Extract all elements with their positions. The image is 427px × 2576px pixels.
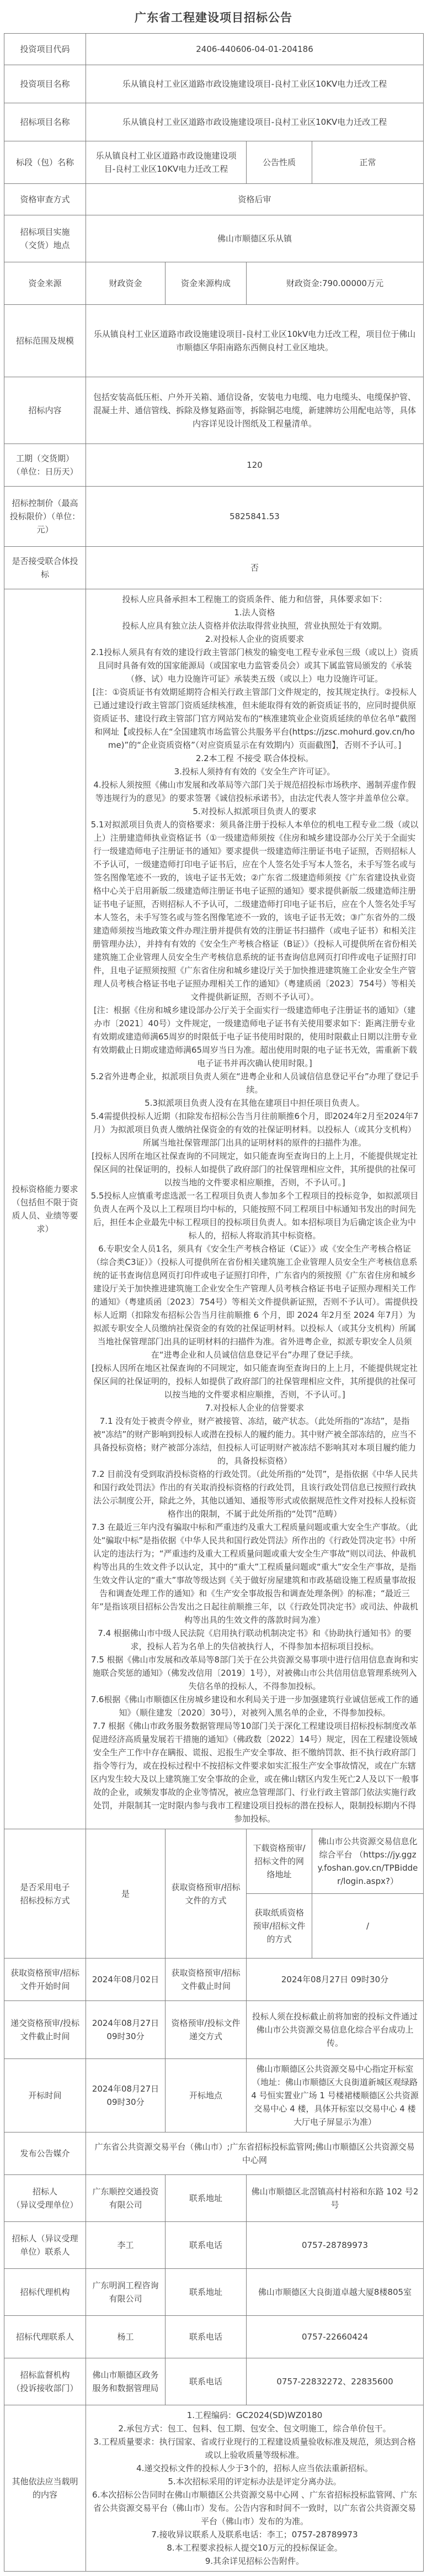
table-row: 招标项目实施 （交货）地点 佛山市顺德区乐从镇 xyxy=(4,215,424,262)
supervisor-phone-value: 0757-22832272、22835600 xyxy=(247,2358,424,2405)
tenderer-address-value: 佛山市顺德区北滘镇高村村裕和东路 102 号2号 xyxy=(247,2175,424,2222)
table-row: 工期（交货期） （单位：日历天） 120 xyxy=(4,444,424,487)
table-row: 是否接受联合体投标 否 xyxy=(4,547,424,589)
supervisor-label: 招标监督机构 （投诉接收部门） xyxy=(4,2358,86,2405)
media-label: 发布公告媒介 xyxy=(4,2132,86,2175)
location-label: 招标项目实施 （交货）地点 xyxy=(4,215,86,262)
table-row: 开标时间 2024年08月27日 09时30分 开标地点 佛山市顺德区公共资源交… xyxy=(4,2059,424,2132)
open-place-value: 佛山市顺德区公共资源交易中心指定开标室（地址：佛山市顺德区大良街道新城区观绿路 … xyxy=(247,2059,424,2132)
invest-name-label: 投资项目名称 xyxy=(4,65,86,103)
table-row: 是否采用电子 招标投标方式 是 获取资格预审/招标文件的方式 下载资格预审/招标… xyxy=(4,1829,424,1894)
media-value: 广东省公共资源交易平台（佛山市）;广东省招标投标监管网;佛山市顺德区公共资源交易… xyxy=(86,2132,424,2175)
control-price-value: 5825841.53 xyxy=(86,487,424,547)
consortium-value: 否 xyxy=(86,547,424,589)
table-row: 资金来源 财政资金 资金来源构成 财政资金:790.00000万元 xyxy=(4,262,424,305)
content-label: 招标内容 xyxy=(4,377,86,444)
duration-value: 120 xyxy=(86,444,424,487)
agency-value: 广东明润工程咨询有限公司 xyxy=(86,2269,166,2316)
tenderer-phone-value: 0757-28789973 xyxy=(247,2222,424,2269)
tender-announcement-table: 投资项目代码 2406-440606-04-01-204186 投资项目名称 乐… xyxy=(4,33,424,2572)
table-row: 招标内容 包括安装高低压柜、户外开关箱、通信设备，安装电力电缆、电力电缆头、电缆… xyxy=(4,377,424,444)
supervisor-phone-label: 联系电话 xyxy=(166,2358,247,2405)
table-row: 招标人（异议受理单位）联系人 李工 联系电话 0757-28789973 xyxy=(4,2222,424,2269)
table-row: 招标人 （异议受理单位） 广东顺控交通投资有限公司 联系地址 佛山市顺德区北滘镇… xyxy=(4,2175,424,2222)
qualification-method-label: 资格审查方式 xyxy=(4,184,86,215)
paper-method-value: / xyxy=(312,1894,424,1959)
table-row: 招标控制价（最高投标限价）（单位：元） 5825841.53 xyxy=(4,487,424,547)
agency-phone-label: 联系电话 xyxy=(166,2316,247,2358)
table-row: 招标代理联系人 杨工 联系电话 0757-22660424 xyxy=(4,2316,424,2358)
e-bidding-label: 是否采用电子 招标投标方式 xyxy=(4,1829,86,1959)
agency-label: 招标代理机构 xyxy=(4,2269,86,2316)
consortium-label: 是否接受联合体投标 xyxy=(4,547,86,589)
open-place-label: 开标地点 xyxy=(166,2059,247,2132)
scope-label: 招标范围及规模 xyxy=(4,305,86,377)
agency-address-value: 佛山市顺德区大良街道卓越大厦8楼805室 xyxy=(247,2269,424,2316)
page-title: 广东省工程建设项目招标公告 xyxy=(0,0,427,33)
funds-value: 财政资金 xyxy=(86,262,166,305)
tenderer-phone-label: 联系电话 xyxy=(166,2222,247,2269)
tenderer-contact-label: 招标人（异议受理单位）联系人 xyxy=(4,2222,86,2269)
content-value: 包括安装高低压柜、户外开关箱、通信设备，安装电力电缆、电力电缆头、电缆保护管、混… xyxy=(86,377,424,444)
supervisor-value: 佛山市顺德区政务服务和数据管理局 xyxy=(86,2358,166,2405)
notice-nature-value: 正常 xyxy=(312,141,424,184)
table-row: 其他依法应当载明 的内容 1.工程编码：GC2024(SD)WZ0180 2.承… xyxy=(4,2405,424,2572)
agency-contact-value: 杨工 xyxy=(86,2316,166,2358)
funds-label: 资金来源 xyxy=(4,262,86,305)
tenderer-address-label: 联系地址 xyxy=(166,2175,247,2222)
table-row: 招标项目名称 乐从镇良村工业区道路市政设施建设项目-良村工业区10KV电力迁改工… xyxy=(4,103,424,141)
submit-method-value: 投标人须在投标截止前将加密的投标文件通过佛山市公共资源交易信息化综合平台成功上传… xyxy=(247,2001,424,2059)
section-name-value: 乐从镇良村工业区道路市政设施建设项目-良村工业区10KV电力迁改工程 xyxy=(86,141,247,184)
table-row: 获取资格预审/招标文件开始时间 2024年08月02日 获取资格预审/招标文件截… xyxy=(4,1959,424,2001)
open-time-label: 开标时间 xyxy=(4,2059,86,2132)
tenderer-value: 广东顺控交通投资有限公司 xyxy=(86,2175,166,2222)
tenderer-contact-value: 李工 xyxy=(86,2222,166,2269)
funds-composition-value: 财政资金:790.00000万元 xyxy=(247,262,424,305)
project-code-label: 投资项目代码 xyxy=(4,34,86,65)
download-url-value: 佛山市公共资源交易信息化综合平台 （https://jy.ggzy.foshan… xyxy=(312,1829,424,1894)
obtain-end-label: 获取资格预审/招标文件截止时间 xyxy=(166,1959,247,2001)
table-row: 发布公告媒介 广东省公共资源交易平台（佛山市）;广东省招标投标监管网;佛山市顺德… xyxy=(4,2132,424,2175)
table-row: 招标范围及规模 乐从镇良村工业区道路市政设施建设项目-良村工业区10kV电力迁改… xyxy=(4,305,424,377)
agency-phone-value: 0757-22660424 xyxy=(247,2316,424,2358)
project-code-value: 2406-440606-04-01-204186 xyxy=(86,34,424,65)
obtain-method-label: 获取资格预审/招标文件的方式 xyxy=(166,1829,247,1959)
paper-method-label: 获取纸质资格预审/招标文件的方式 xyxy=(247,1894,312,1959)
scope-value: 乐从镇良村工业区道路市政设施建设项目-良村工业区10kV电力迁改工程，项目位于佛… xyxy=(86,305,424,377)
location-value: 佛山市顺德区乐从镇 xyxy=(86,215,424,262)
qualification-req-label: 投标资格能力要求（包括但不限于资质人员、业绩等要求） xyxy=(4,589,86,1829)
open-time-value: 2024年08月27日 09时30分 xyxy=(86,2059,166,2132)
download-url-label: 下载资格预审/招标文件的网络地址 xyxy=(247,1829,312,1894)
funds-composition-label: 资金来源构成 xyxy=(166,262,247,305)
qualification-method-value: 资格后审 xyxy=(86,184,424,215)
table-row: 投资项目代码 2406-440606-04-01-204186 xyxy=(4,34,424,65)
table-row: 标段（包）名称 乐从镇良村工业区道路市政设施建设项目-良村工业区10KV电力迁改… xyxy=(4,141,424,184)
submit-deadline-value: 2024年08月27日 09时30分 xyxy=(86,2001,166,2059)
table-row: 招标监督机构 （投诉接收部门） 佛山市顺德区政务服务和数据管理局 联系电话 07… xyxy=(4,2358,424,2405)
obtain-start-value: 2024年08月02日 xyxy=(86,1959,166,2001)
table-row: 投资项目名称 乐从镇良村工业区道路市政设施建设项目-良村工业区10KV电力迁改工… xyxy=(4,65,424,103)
invest-name-value: 乐从镇良村工业区道路市政设施建设项目-良村工业区10KV电力迁改工程 xyxy=(86,65,424,103)
obtain-end-value: 2024年08月27日 09时30分 xyxy=(247,1959,424,2001)
submit-method-label: 资格预审/投标文件递交方式 xyxy=(166,2001,247,2059)
tender-name-value: 乐从镇良村工业区道路市政设施建设项目-良村工业区10KV电力迁改工程 xyxy=(86,103,424,141)
table-row: 资格审查方式 资格后审 xyxy=(4,184,424,215)
e-bidding-value: 是 xyxy=(86,1829,166,1959)
obtain-start-label: 获取资格预审/招标文件开始时间 xyxy=(4,1959,86,2001)
tender-name-label: 招标项目名称 xyxy=(4,103,86,141)
table-row: 投标资格能力要求（包括但不限于资质人员、业绩等要求） 投标人应具备承担本工程施工… xyxy=(4,589,424,1829)
submit-deadline-label: 递交资格预审/投标文件截止时间 xyxy=(4,2001,86,2059)
other-content-label: 其他依法应当载明 的内容 xyxy=(4,2405,86,2572)
table-row: 递交资格预审/投标文件截止时间 2024年08月27日 09时30分 资格预审/… xyxy=(4,2001,424,2059)
control-price-label: 招标控制价（最高投标限价）（单位：元） xyxy=(4,487,86,547)
other-content-value: 1.工程编码：GC2024(SD)WZ0180 2.承包方式：包工、包料、包工期… xyxy=(86,2405,424,2572)
agency-contact-label: 招标代理联系人 xyxy=(4,2316,86,2358)
tenderer-label: 招标人 （异议受理单位） xyxy=(4,2175,86,2222)
qualification-req-value: 投标人应具备承担本工程施工的资质条件、能力和信誉，具体要求如下： 1.法人资格 … xyxy=(86,589,424,1829)
section-name-label: 标段（包）名称 xyxy=(4,141,86,184)
table-row: 招标代理机构 广东明润工程咨询有限公司 联系地址 佛山市顺德区大良街道卓越大厦8… xyxy=(4,2269,424,2316)
duration-label: 工期（交货期） （单位：日历天） xyxy=(4,444,86,487)
notice-nature-label: 公告性质 xyxy=(247,141,312,184)
agency-address-label: 联系地址 xyxy=(166,2269,247,2316)
